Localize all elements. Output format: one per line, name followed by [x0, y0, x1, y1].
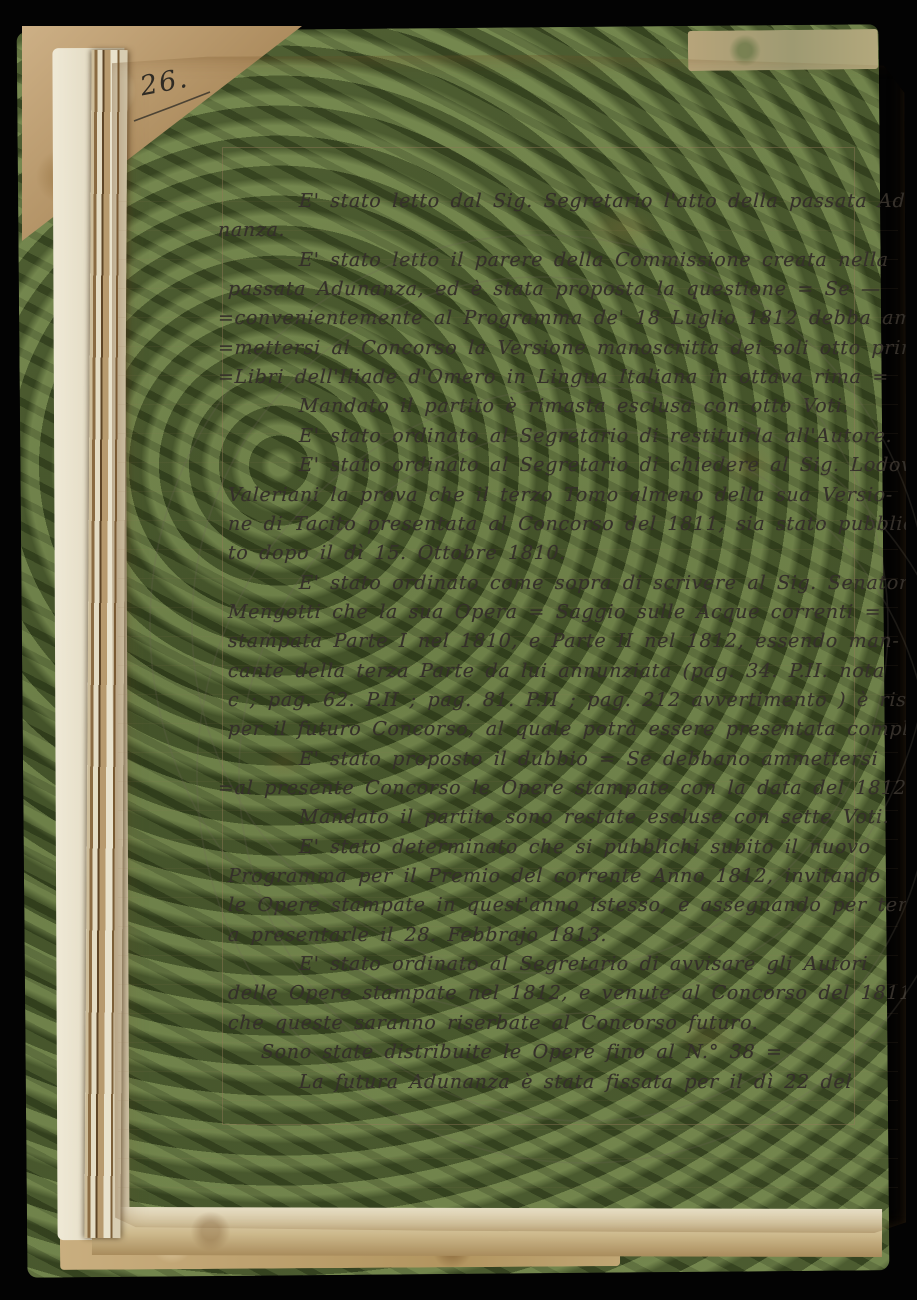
- manuscript-line: nanza.: [218, 217, 286, 243]
- manuscript-line: =convenientemente al Programma de' 18 Lu…: [218, 305, 917, 331]
- manuscript-line: to dopo il dì 15. Ottobre 1810.: [228, 540, 567, 566]
- manuscript-line: E' stato letto il parere della Commissio…: [299, 247, 890, 273]
- manuscript-line: E' stato ordinato al Segretario di chied…: [299, 452, 917, 478]
- manuscript-line: Mandato il partito è rimasta esclusa con…: [299, 393, 850, 419]
- manuscript-line: Mandato il partito sono restate escluse …: [299, 804, 891, 830]
- manuscript-line: Programma per il Premio del corrente Ann…: [228, 863, 882, 889]
- manuscript-line: E' stato letto dal Sig. Segretario l'att…: [299, 188, 917, 214]
- manuscript-line: E' stato ordinato al Segretario di avvis…: [299, 951, 869, 977]
- manuscript-line: =Libri dell'Iliade d'Omero in Lingua Ita…: [218, 364, 890, 390]
- manuscript-line: Mengotti che la sua Opera = Saggio sulle…: [228, 599, 882, 625]
- manuscript-line: delle Opere stampate nel 1812, e venute …: [228, 980, 917, 1006]
- manuscript-line: stampata Parte I nel 1810, e Parte II ne…: [228, 628, 900, 654]
- manuscript-line: E' stato proposto il dubbio = Se debbano…: [299, 746, 879, 772]
- manuscript-line: che queste saranno riserbate al Concorso…: [228, 1010, 759, 1036]
- manuscript-line: le Opere stampate in quest'anno istesso,…: [228, 892, 917, 918]
- manuscript-line: Valeriani la prova che il terzo Tomo alm…: [228, 482, 894, 508]
- manuscript-line: =mettersi al Concorso la Versione manosc…: [218, 335, 917, 361]
- manuscript-line: c ; pag. 62. P.II ; pag. 81. P.II ; pag.…: [228, 687, 917, 713]
- page-number-underline-flourish: [112, 55, 272, 145]
- manuscript-line: cante della terza Parte da lui annunziat…: [228, 658, 886, 684]
- manuscript-photo: 26. E' stato letto dal Sig. Segretario l…: [0, 0, 917, 1300]
- manuscript-page: 26. E' stato letto dal Sig. Segretario l…: [112, 55, 906, 1233]
- manuscript-line: La futura Adunanza è stata fissata per i…: [299, 1069, 853, 1095]
- manuscript-line: =al presente Concorso le Opere stampate …: [218, 775, 917, 801]
- manuscript-line: E' stato determinato che si pubblichi su…: [299, 834, 872, 860]
- manuscript-line: ne di Tacito presentata al Concorso del …: [228, 511, 917, 537]
- manuscript-line: E' stato ordinato come sopra di scrivere…: [299, 570, 917, 596]
- manuscript-line: a presentarle il 28. Febbrajo 1813.: [228, 922, 608, 948]
- manuscript-line: passata Adunanza, ed è stata proposta la…: [228, 276, 882, 302]
- manuscript-line: per il futuro Concorso, al quale potrà e…: [228, 716, 917, 742]
- manuscript-line: Sono state distribuite le Opere fino al …: [261, 1039, 784, 1065]
- manuscript-line: E' stato ordinato al Segretario di resti…: [299, 423, 893, 449]
